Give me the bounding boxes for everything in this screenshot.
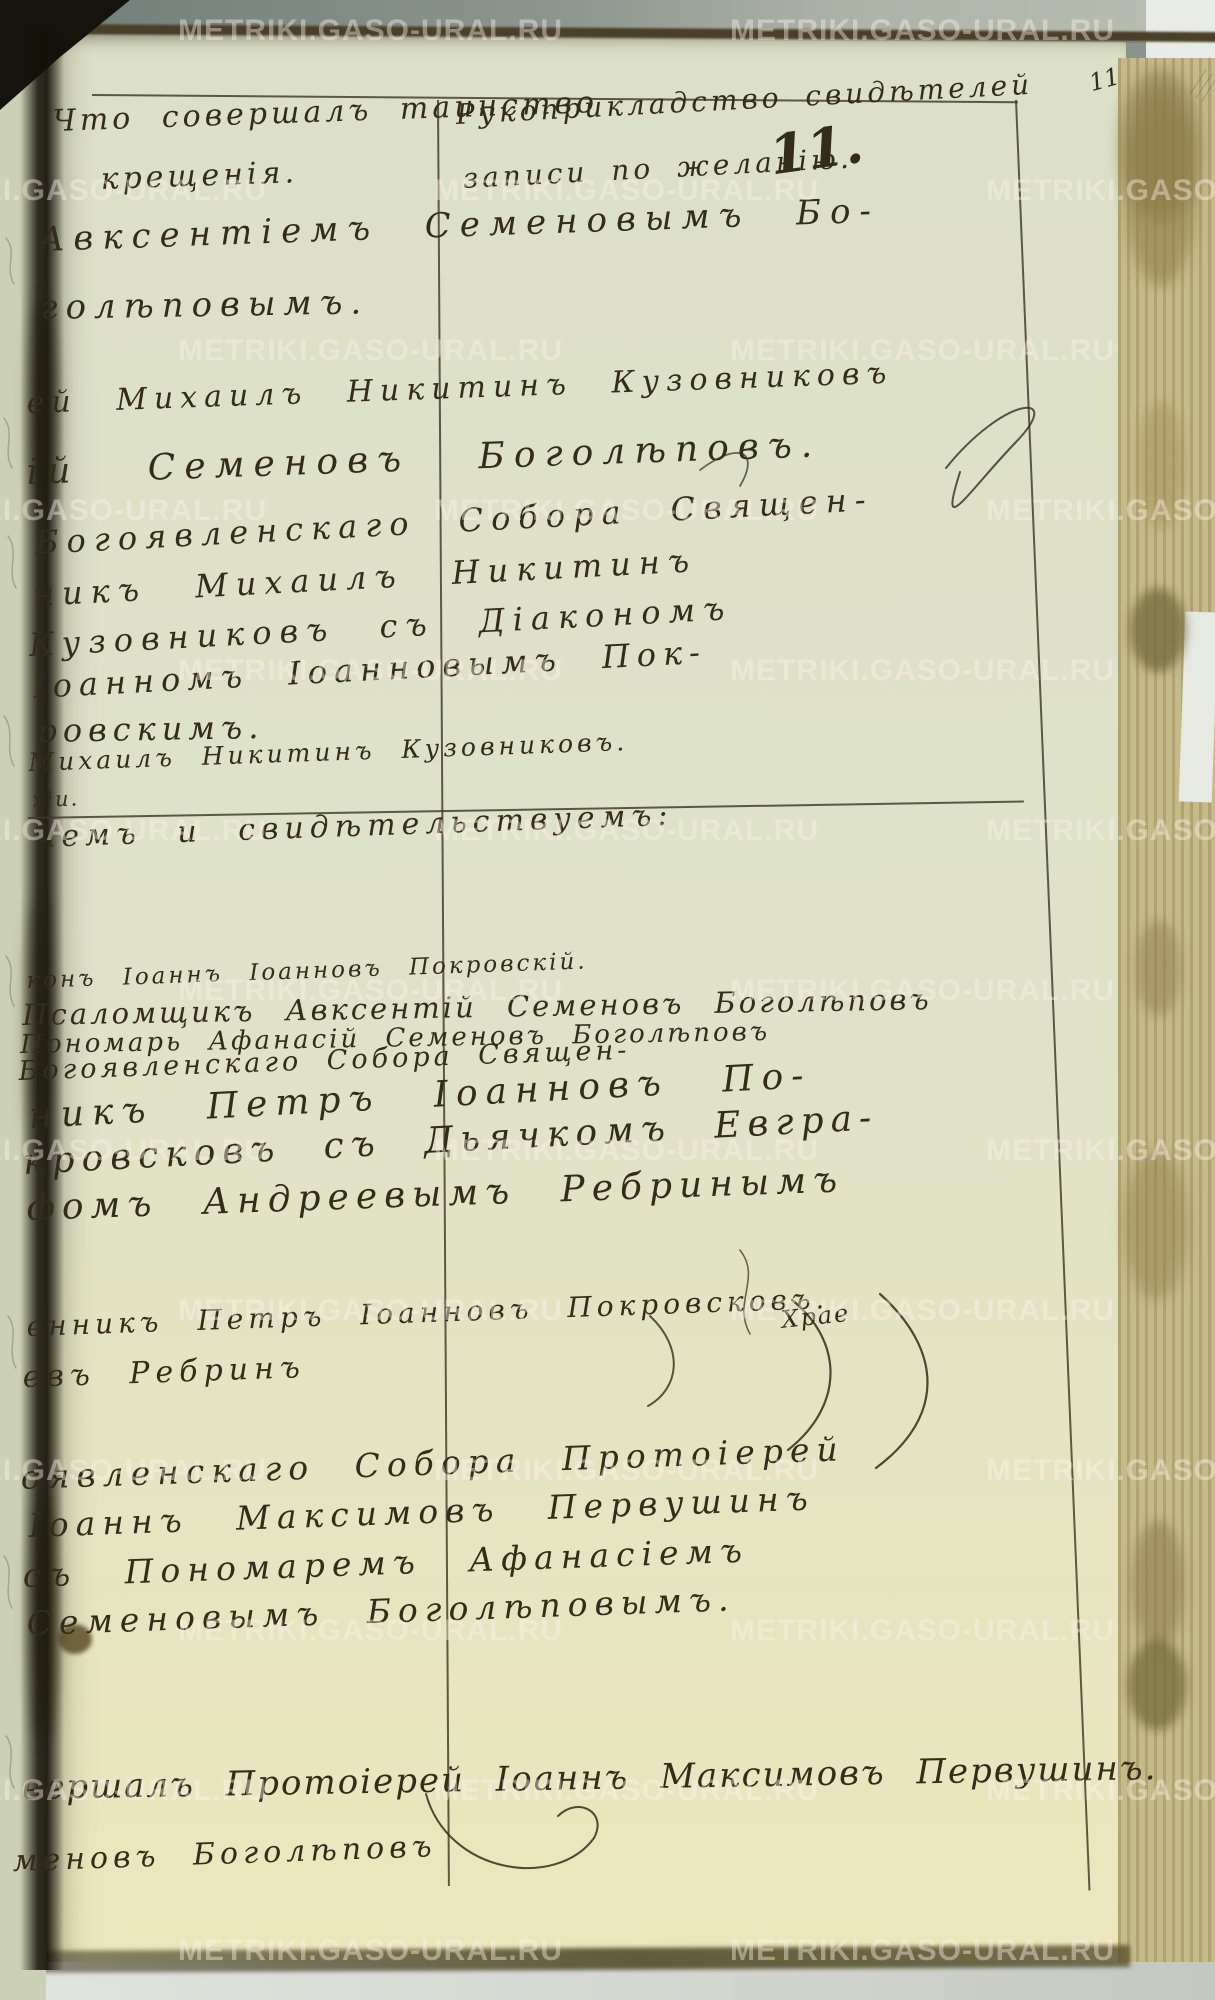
paper-stain <box>1126 96 1196 286</box>
paper-stain <box>1128 1640 1186 1730</box>
paper-stain <box>1136 920 1180 1016</box>
page-number-large: 11. <box>765 111 867 187</box>
entry-line: голѣповымъ. <box>40 282 369 328</box>
scanned-document-page: Что совершалъ таинствокрещенія.Рукоприкл… <box>0 0 1215 2000</box>
paper-stain <box>1130 588 1186 672</box>
paper-stain <box>1124 1150 1188 1300</box>
entry-line: хіи. <box>32 786 80 812</box>
paper-stain <box>1132 1520 1184 1650</box>
paper-stain <box>1138 400 1184 530</box>
left-header-line-2: крещенія. <box>100 155 299 197</box>
